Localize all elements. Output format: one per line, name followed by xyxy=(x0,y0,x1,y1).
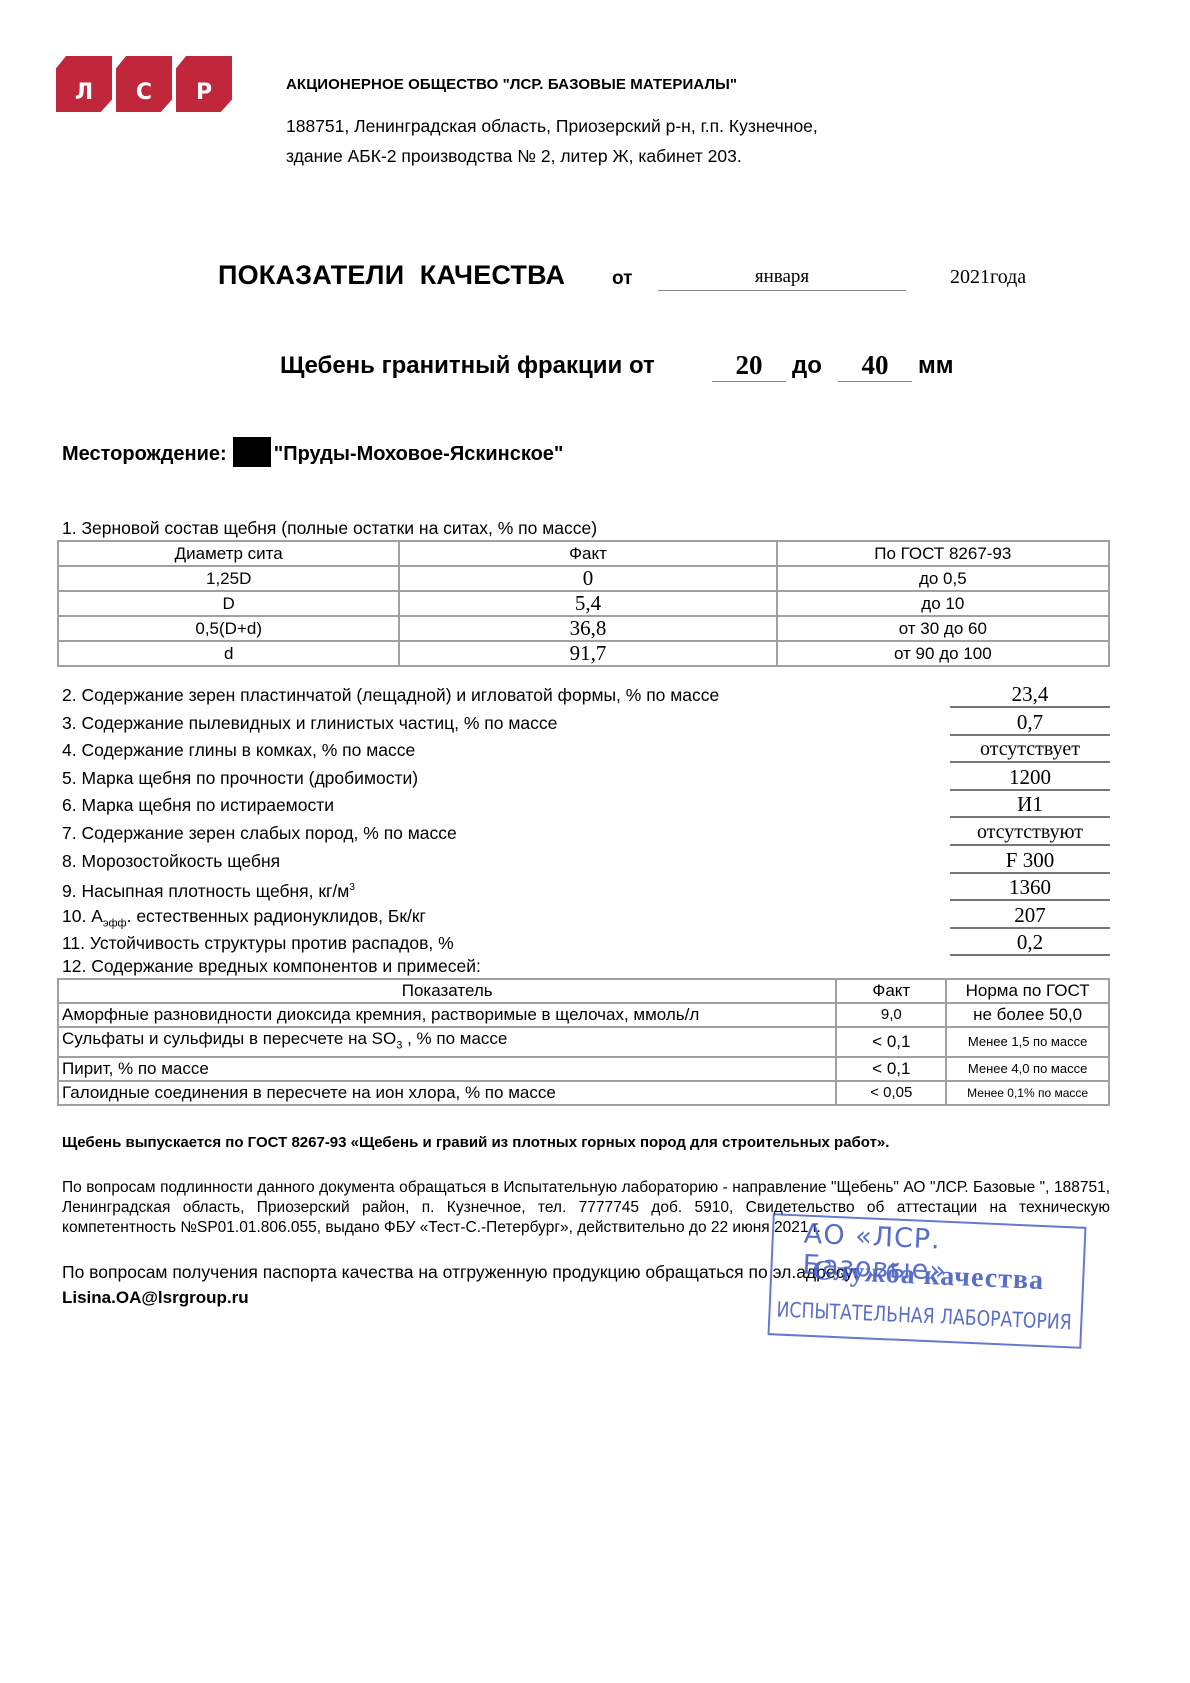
norm-cell: не более 50,0 xyxy=(946,1003,1109,1027)
table-row: Аморфные разновидности диоксида кремния,… xyxy=(58,1003,1109,1027)
document-title: ПОКАЗАТЕЛИ КАЧЕСТВА xyxy=(218,260,565,291)
param-value: И1 xyxy=(950,792,1110,818)
company-logo: Л С Р xyxy=(56,56,246,112)
indicator-cell: Пирит, % по массе xyxy=(58,1057,836,1081)
param-value: F 300 xyxy=(950,848,1110,874)
header-cell: По ГОСТ 8267-93 xyxy=(777,541,1109,566)
indicator-cell: Аморфные разновидности диоксида кремния,… xyxy=(58,1003,836,1027)
fact-cell: 36,8 xyxy=(399,616,776,641)
param-label: 4. Содержание глины в комках, % по массе xyxy=(62,739,415,761)
gost-cell: от 90 до 100 xyxy=(777,641,1109,666)
param-label: 10. Аэфф. естественных радионуклидов, Бк… xyxy=(62,905,426,935)
table-row: Пирит, % по массе < 0,1 Менее 4,0 по мас… xyxy=(58,1057,1109,1081)
quality-parameters: 2. Содержание зерен пластинчатой (лещадн… xyxy=(62,684,1112,960)
fact-cell: 0 xyxy=(399,566,776,591)
param-value: отсутствуют xyxy=(950,820,1110,846)
fact-cell: 5,4 xyxy=(399,591,776,616)
gost-note: Щебень выпускается по ГОСТ 8267-93 «Щебе… xyxy=(62,1134,889,1151)
product-label: Щебень гранитный фракции от xyxy=(280,352,655,380)
param-row: 7. Содержание зерен слабых пород, % по м… xyxy=(62,822,1112,850)
param-label-text: 9. Насыпная плотность щебня, кг/м xyxy=(62,881,349,901)
fact-cell: < 0,05 xyxy=(836,1081,946,1105)
table-header-row: Диаметр сита Факт По ГОСТ 8267-93 xyxy=(58,541,1109,566)
gost-cell: от 30 до 60 xyxy=(777,616,1109,641)
header-cell: Факт xyxy=(836,979,946,1003)
table-row: d 91,7 от 90 до 100 xyxy=(58,641,1109,666)
table-row: 1,25D 0 до 0,5 xyxy=(58,566,1109,591)
param-row: 10. Аэфф. естественных радионуклидов, Бк… xyxy=(62,905,1112,933)
logo-block: Л xyxy=(56,56,112,112)
norm-cell: Менее 4,0 по массе xyxy=(946,1057,1109,1081)
param-label-text: 10. А xyxy=(62,906,103,926)
fraction-to-value: 40 xyxy=(838,350,912,382)
deposit-label: Месторождение: xyxy=(62,443,227,465)
indicator-text: Сульфаты и сульфиды в пересчете на SO xyxy=(62,1029,396,1048)
param-label: 8. Морозостойкость щебня xyxy=(62,850,280,872)
param-row: 8. Морозостойкость щебняF 300 xyxy=(62,850,1112,878)
fact-cell: < 0,1 xyxy=(836,1027,946,1057)
param-label: 9. Насыпная плотность щебня, кг/м3 xyxy=(62,877,355,902)
table-row: Сульфаты и сульфиды в пересчете на SO3 ,… xyxy=(58,1027,1109,1057)
passport-request-text: По вопросам получения паспорта качества … xyxy=(62,1262,858,1283)
param-row: 9. Насыпная плотность щебня, кг/м31360 xyxy=(62,877,1112,905)
deposit: Месторождение:"Пруды-Моховое-Яскинское" xyxy=(62,437,563,467)
param-value: отсутствует xyxy=(950,737,1110,763)
logo-block: С xyxy=(116,56,172,112)
address-line-2: здание АБК-2 производства № 2, литер Ж, … xyxy=(286,146,742,167)
quality-service-stamp: АО «ЛСР. Базовые» Служба качества ИСПЫТА… xyxy=(767,1213,1086,1349)
fact-cell: 9,0 xyxy=(836,1003,946,1027)
gost-cell: до 0,5 xyxy=(777,566,1109,591)
param-value: 0,2 xyxy=(950,930,1110,956)
sieve-cell: 1,25D xyxy=(58,566,399,591)
table-row: 0,5(D+d) 36,8 от 30 до 60 xyxy=(58,616,1109,641)
header-cell: Норма по ГОСТ xyxy=(946,979,1109,1003)
indicator-cell: Сульфаты и сульфиды в пересчете на SO3 ,… xyxy=(58,1027,836,1057)
table-row: D 5,4 до 10 xyxy=(58,591,1109,616)
param-label: 11. Устойчивость структуры против распад… xyxy=(62,932,454,954)
gost-cell: до 10 xyxy=(777,591,1109,616)
param-label-text: . естественных радионуклидов, Бк/кг xyxy=(127,906,426,926)
date-from-label: от xyxy=(612,268,632,290)
section-12-title: 12. Содержание вредных компонентов и при… xyxy=(62,956,481,977)
stamp-line: ИСПЫТАТЕЛЬНАЯ ЛАБОРАТОРИЯ xyxy=(776,1297,1072,1334)
param-row: 2. Содержание зерен пластинчатой (лещадн… xyxy=(62,684,1112,712)
superscript: 3 xyxy=(349,882,355,893)
subscript: эфф xyxy=(103,917,127,929)
header-cell: Диаметр сита xyxy=(58,541,399,566)
table-header-row: Показатель Факт Норма по ГОСТ xyxy=(58,979,1109,1003)
indicator-cell: Галоидные соединения в пересчете на ион … xyxy=(58,1081,836,1105)
param-value: 1360 xyxy=(950,875,1110,901)
fact-cell: < 0,1 xyxy=(836,1057,946,1081)
param-label: 5. Марка щебня по прочности (дробимости) xyxy=(62,767,418,789)
param-value: 23,4 xyxy=(950,682,1110,708)
param-value: 1200 xyxy=(950,765,1110,791)
param-row: 5. Марка щебня по прочности (дробимости)… xyxy=(62,767,1112,795)
sieve-cell: 0,5(D+d) xyxy=(58,616,399,641)
redacted-block xyxy=(233,437,271,467)
indicator-text: , % по массе xyxy=(402,1029,507,1048)
sieve-cell: D xyxy=(58,591,399,616)
grain-composition-table: Диаметр сита Факт По ГОСТ 8267-93 1,25D … xyxy=(57,540,1110,667)
norm-cell: Менее 0,1% по массе xyxy=(946,1081,1109,1105)
logo-block: Р xyxy=(176,56,232,112)
address-line-1: 188751, Ленинградская область, Приозерск… xyxy=(286,116,818,137)
header-cell: Факт xyxy=(399,541,776,566)
table-row: Галоидные соединения в пересчете на ион … xyxy=(58,1081,1109,1105)
param-label: 6. Марка щебня по истираемости xyxy=(62,794,334,816)
contact-email-link[interactable]: Lisina.OA@lsrgroup.ru xyxy=(62,1288,249,1308)
section-1-title: 1. Зерновой состав щебня (полные остатки… xyxy=(62,518,597,539)
deposit-name: "Пруды-Моховое-Яскинское" xyxy=(274,443,564,465)
param-label: 7. Содержание зерен слабых пород, % по м… xyxy=(62,822,457,844)
param-label: 2. Содержание зерен пластинчатой (лещадн… xyxy=(62,684,719,706)
param-row: 3. Содержание пылевидных и глинистых час… xyxy=(62,712,1112,740)
param-value: 207 xyxy=(950,903,1110,929)
param-row: 6. Марка щебня по истираемостиИ1 xyxy=(62,794,1112,822)
fraction-from-value: 20 xyxy=(712,350,786,382)
fact-cell: 91,7 xyxy=(399,641,776,666)
date-year: 2021года xyxy=(950,266,1026,289)
fraction-unit: мм xyxy=(918,352,954,380)
date-month-field: января xyxy=(658,266,906,291)
harmful-components-table: Показатель Факт Норма по ГОСТ Аморфные р… xyxy=(57,978,1110,1106)
param-row: 4. Содержание глины в комках, % по массе… xyxy=(62,739,1112,767)
company-name: АКЦИОНЕРНОЕ ОБЩЕСТВО "ЛСР. БАЗОВЫЕ МАТЕР… xyxy=(286,76,737,93)
param-value: 0,7 xyxy=(950,710,1110,736)
param-label: 3. Содержание пылевидных и глинистых час… xyxy=(62,712,557,734)
sieve-cell: d xyxy=(58,641,399,666)
fraction-to-label: до xyxy=(792,352,822,380)
header-cell: Показатель xyxy=(58,979,836,1003)
norm-cell: Менее 1,5 по массе xyxy=(946,1027,1109,1057)
